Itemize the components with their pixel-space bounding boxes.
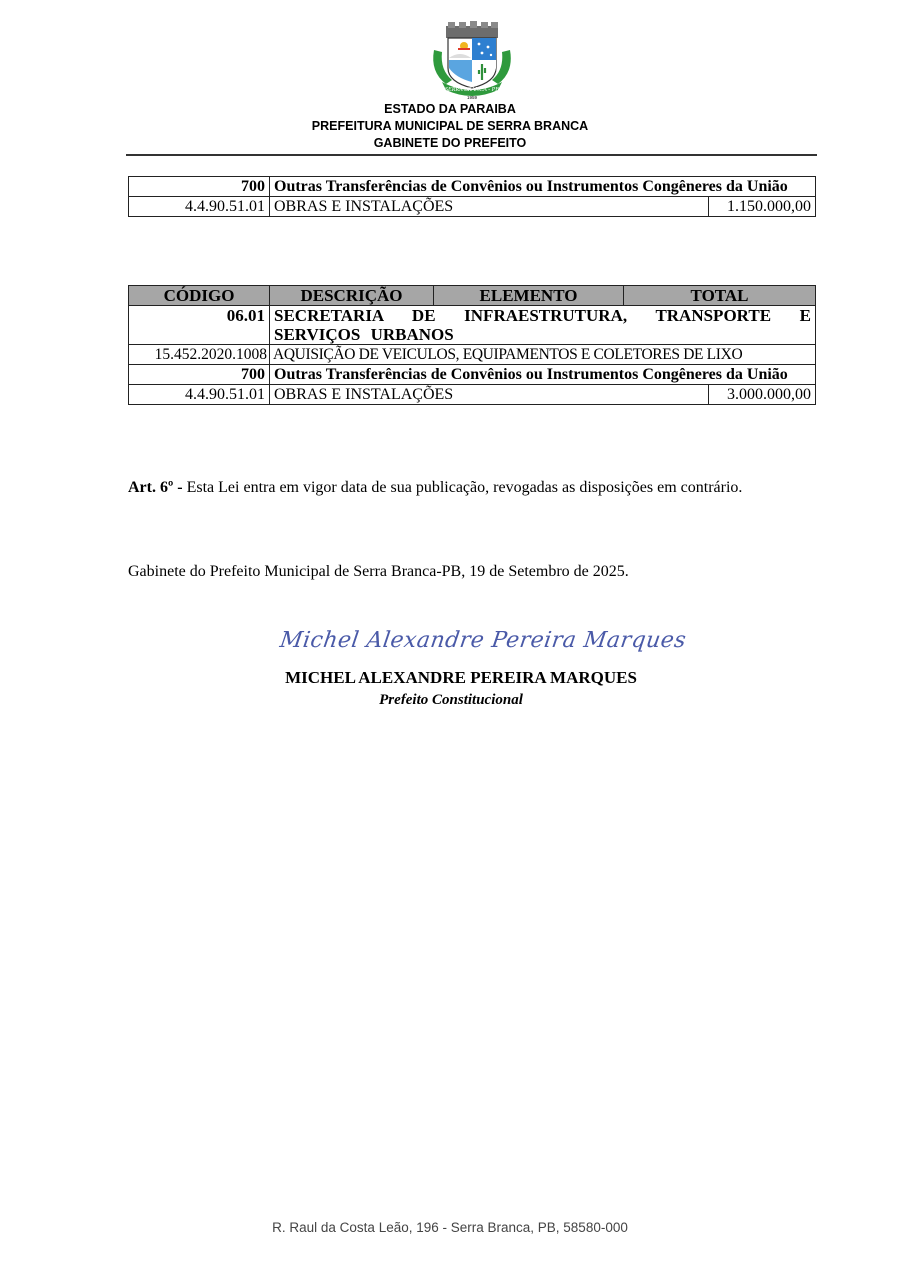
description-cell: AQUISIÇÃO DE VEICULOS, EQUIPAMENTOS E CO… bbox=[270, 345, 816, 365]
description-cell: SECRETARIA DE INFRAESTRUTURA, TRANSPORTE… bbox=[270, 306, 816, 345]
column-header-element: ELEMENTO bbox=[434, 286, 624, 306]
municipal-coat-of-arms-icon: SERRA BRANCA - PB 1959 bbox=[424, 20, 520, 100]
table-row: 4.4.90.51.01 OBRAS E INSTALAÇÕES 3.000.0… bbox=[129, 385, 816, 405]
value-cell: 1.150.000,00 bbox=[709, 197, 816, 217]
svg-text:SERRA BRANCA - PB: SERRA BRANCA - PB bbox=[445, 87, 499, 93]
table-row: 700 Outras Transferências de Convênios o… bbox=[129, 177, 816, 197]
column-header-code: CÓDIGO bbox=[129, 286, 270, 306]
table-row: 4.4.90.51.01 OBRAS E INSTALAÇÕES 1.150.0… bbox=[129, 197, 816, 217]
code-cell: 06.01 bbox=[129, 306, 270, 345]
code-cell: 4.4.90.51.01 bbox=[129, 197, 270, 217]
table-row: 06.01 SECRETARIA DE INFRAESTRUTURA, TRAN… bbox=[129, 306, 816, 345]
budget-table-continuation: 700 Outras Transferências de Convênios o… bbox=[128, 176, 816, 217]
municipality-name: PREFEITURA MUNICIPAL DE SERRA BRANCA bbox=[0, 118, 900, 135]
signatory-role: Prefeito Constitucional bbox=[0, 690, 900, 704]
article-text: Esta Lei entra em vigor data de sua publ… bbox=[183, 479, 743, 496]
description-cell: OBRAS E INSTALAÇÕES bbox=[270, 385, 709, 405]
article-label: Art. 6º - bbox=[128, 479, 183, 496]
handwritten-signature: Michel Alexandre Pereira Marques bbox=[278, 628, 688, 653]
footer-address: R. Raul da Costa Leão, 196 - Serra Branc… bbox=[0, 1220, 900, 1235]
budget-table: CÓDIGO DESCRIÇÃO ELEMENTO TOTAL 06.01 SE… bbox=[128, 285, 816, 405]
description-cell: OBRAS E INSTALAÇÕES bbox=[270, 197, 709, 217]
article-paragraph: Art. 6º - Esta Lei entra em vigor data d… bbox=[128, 477, 815, 498]
column-header-description: DESCRIÇÃO bbox=[270, 286, 434, 306]
description-cell: Outras Transferências de Convênios ou In… bbox=[270, 365, 816, 385]
table-row: 700 Outras Transferências de Convênios o… bbox=[129, 365, 816, 385]
svg-text:1959: 1959 bbox=[467, 95, 478, 100]
code-cell: 700 bbox=[129, 365, 270, 385]
closing-line: Gabinete do Prefeito Municipal de Serra … bbox=[128, 561, 815, 582]
description-cell: Outras Transferências de Convênios ou In… bbox=[270, 177, 816, 197]
code-cell: 700 bbox=[129, 177, 270, 197]
letterhead: ESTADO DA PARAIBA PREFEITURA MUNICIPAL D… bbox=[0, 101, 900, 152]
value-cell: 3.000.000,00 bbox=[709, 385, 816, 405]
column-header-total: TOTAL bbox=[624, 286, 816, 306]
office-name: GABINETE DO PREFEITO bbox=[0, 135, 900, 152]
table-header-row: CÓDIGO DESCRIÇÃO ELEMENTO TOTAL bbox=[129, 286, 816, 306]
table-row: 15.452.2020.1008 AQUISIÇÃO DE VEICULOS, … bbox=[129, 345, 816, 365]
state-name: ESTADO DA PARAIBA bbox=[0, 101, 900, 118]
code-cell: 4.4.90.51.01 bbox=[129, 385, 270, 405]
code-cell: 15.452.2020.1008 bbox=[129, 345, 270, 365]
signatory-name: MICHEL ALEXANDRE PEREIRA MARQUES bbox=[0, 668, 900, 688]
header-divider bbox=[126, 154, 817, 156]
